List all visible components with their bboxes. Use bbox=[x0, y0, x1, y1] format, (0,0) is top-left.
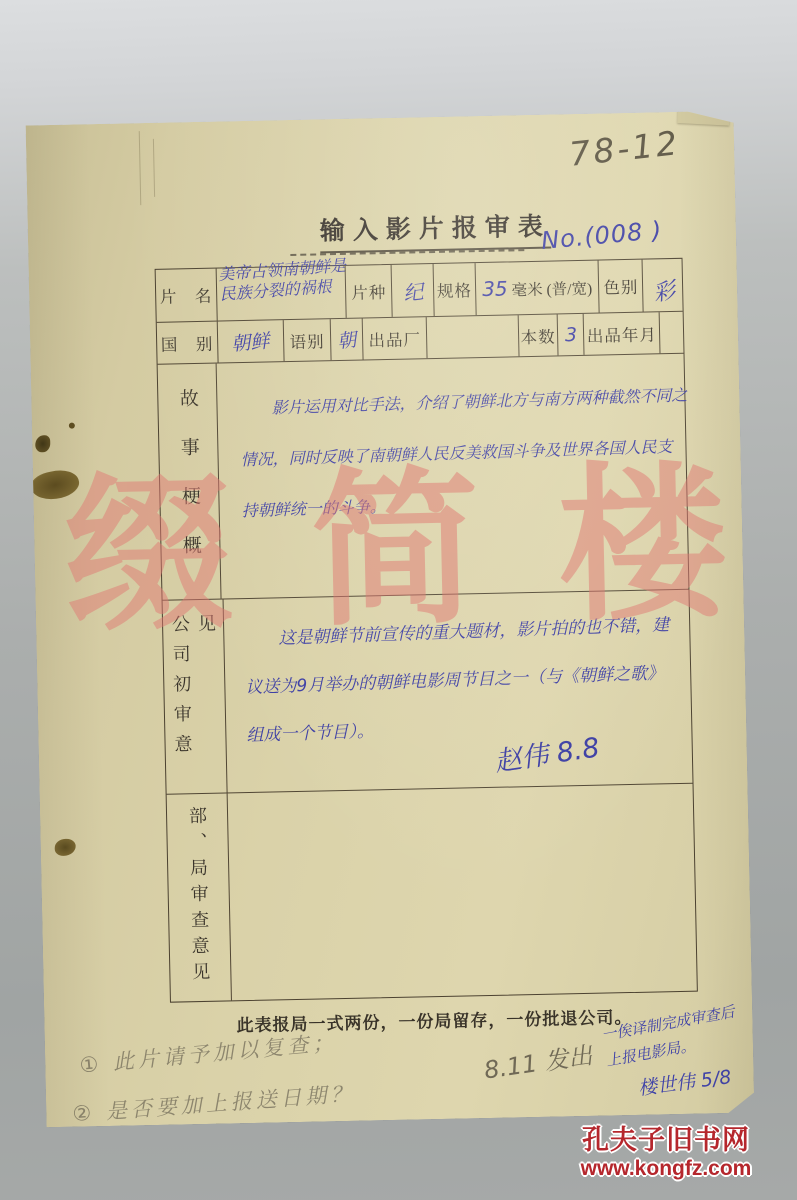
kongfz-site-name: 孔夫子旧书网 bbox=[577, 1124, 755, 1156]
country-value: 朝鲜 bbox=[216, 320, 283, 362]
color-value: 彩 bbox=[642, 259, 683, 312]
pen-signature: 楼世伟 5/8 bbox=[636, 1062, 732, 1101]
synopsis-label: 故事梗概 bbox=[173, 364, 205, 585]
review-form-table: 片 名 美帝占领南朝鲜是 民族分裂的祸根 片种 纪 规格 35 毫米 (普/宽) bbox=[155, 258, 698, 1003]
country-label: 国 别 bbox=[157, 322, 218, 364]
form-serial-number: No.(008 ) bbox=[540, 216, 663, 255]
paper-stain bbox=[55, 839, 76, 856]
release-date-label: 出品年月 bbox=[583, 312, 660, 355]
table-row-film-title: 片 名 美帝占领南朝鲜是 民族分裂的祸根 片种 纪 规格 35 毫米 (普/宽) bbox=[156, 259, 683, 322]
archive-number-pencil: 78-12 bbox=[567, 123, 681, 174]
paper-stain bbox=[29, 466, 82, 504]
language-label: 语别 bbox=[282, 319, 331, 361]
synopsis-handwriting: 影片运用对比手法，介绍了朝鲜北方与南方两种截然不同之 情况，同时反映了南朝鲜人民… bbox=[217, 353, 708, 534]
photo-of-document: 78-12 输入影片报审表 No.(008 ) 片 名 美帝占领南朝鲜是 民族分… bbox=[0, 0, 797, 1200]
table-row-synopsis: 故事梗概 影片运用对比手法，介绍了朝鲜北方与南方两种截然不同之 情况，同时反映了… bbox=[158, 353, 689, 600]
film-type-value: 纪 bbox=[391, 264, 434, 317]
film-title-label: 片 名 bbox=[156, 269, 217, 322]
format-printed-unit: 毫米 (普/宽) bbox=[511, 277, 592, 301]
pencil-note-2: ② 是否要加上报送日期？ bbox=[71, 1077, 356, 1128]
bureau-review-body bbox=[226, 784, 696, 1001]
bureau-review-label: 部、局审查意见 bbox=[184, 794, 214, 989]
format-value: 35 毫米 (普/宽) bbox=[474, 261, 599, 316]
company-review-handwriting: 这是朝鲜节前宣传的重大题材，影片拍的也不错，建 议送为9月举办的朝鲜电影周节目之… bbox=[223, 590, 685, 758]
paper-stain bbox=[69, 423, 75, 429]
format-handwritten-number: 35 bbox=[482, 276, 508, 301]
language-value: 朝 bbox=[330, 319, 363, 361]
paper-sheet: 78-12 输入影片报审表 No.(008 ) 片 名 美帝占领南朝鲜是 民族分… bbox=[26, 111, 755, 1128]
table-row-bureau-review: 部、局审查意见 bbox=[167, 783, 697, 1002]
bureau-review-label-cell: 部、局审查意见 bbox=[167, 793, 231, 1001]
kongfz-watermark: 孔夫子旧书网 www.kongfz.com bbox=[577, 1124, 755, 1182]
studio-label: 出品厂 bbox=[362, 317, 427, 359]
paper-stain bbox=[35, 435, 50, 452]
kongfz-site-url: www.kongfz.com bbox=[577, 1156, 755, 1182]
film-title-value: 美帝占领南朝鲜是 民族分裂的祸根 bbox=[215, 266, 346, 321]
synopsis-body: 影片运用对比手法，介绍了朝鲜北方与南方两种截然不同之 情况，同时反映了南朝鲜人民… bbox=[216, 354, 689, 599]
film-type-label: 片种 bbox=[345, 265, 392, 318]
pencil-sent-date: 8.11 发出 bbox=[481, 1035, 594, 1085]
paper-crease bbox=[153, 139, 155, 197]
film-title-handwriting: 美帝占领南朝鲜是 民族分裂的祸根 bbox=[217, 255, 352, 305]
reels-value: 3 bbox=[557, 314, 584, 356]
synopsis-label-cell: 故事梗概 bbox=[158, 364, 221, 600]
company-review-label-cell: 公司初审意见 bbox=[163, 600, 227, 794]
company-review-label: 公司初审意见 bbox=[166, 600, 222, 794]
format-label: 规格 bbox=[433, 263, 476, 316]
color-label: 色别 bbox=[598, 260, 643, 313]
studio-value bbox=[426, 315, 518, 358]
corner-fold bbox=[677, 108, 730, 126]
release-date-value bbox=[659, 312, 684, 353]
reels-label: 本数 bbox=[517, 314, 558, 356]
table-row-company-review: 公司初审意见 这是朝鲜节前宣传的重大题材，影片拍的也不错，建 议送为9月举办的朝… bbox=[163, 589, 693, 794]
form-title: 输入影片报审表 bbox=[319, 207, 551, 254]
paper-crease bbox=[139, 131, 142, 205]
company-review-body: 这是朝鲜节前宣传的重大题材，影片拍的也不错，建 议送为9月举办的朝鲜电影周节目之… bbox=[222, 590, 692, 793]
